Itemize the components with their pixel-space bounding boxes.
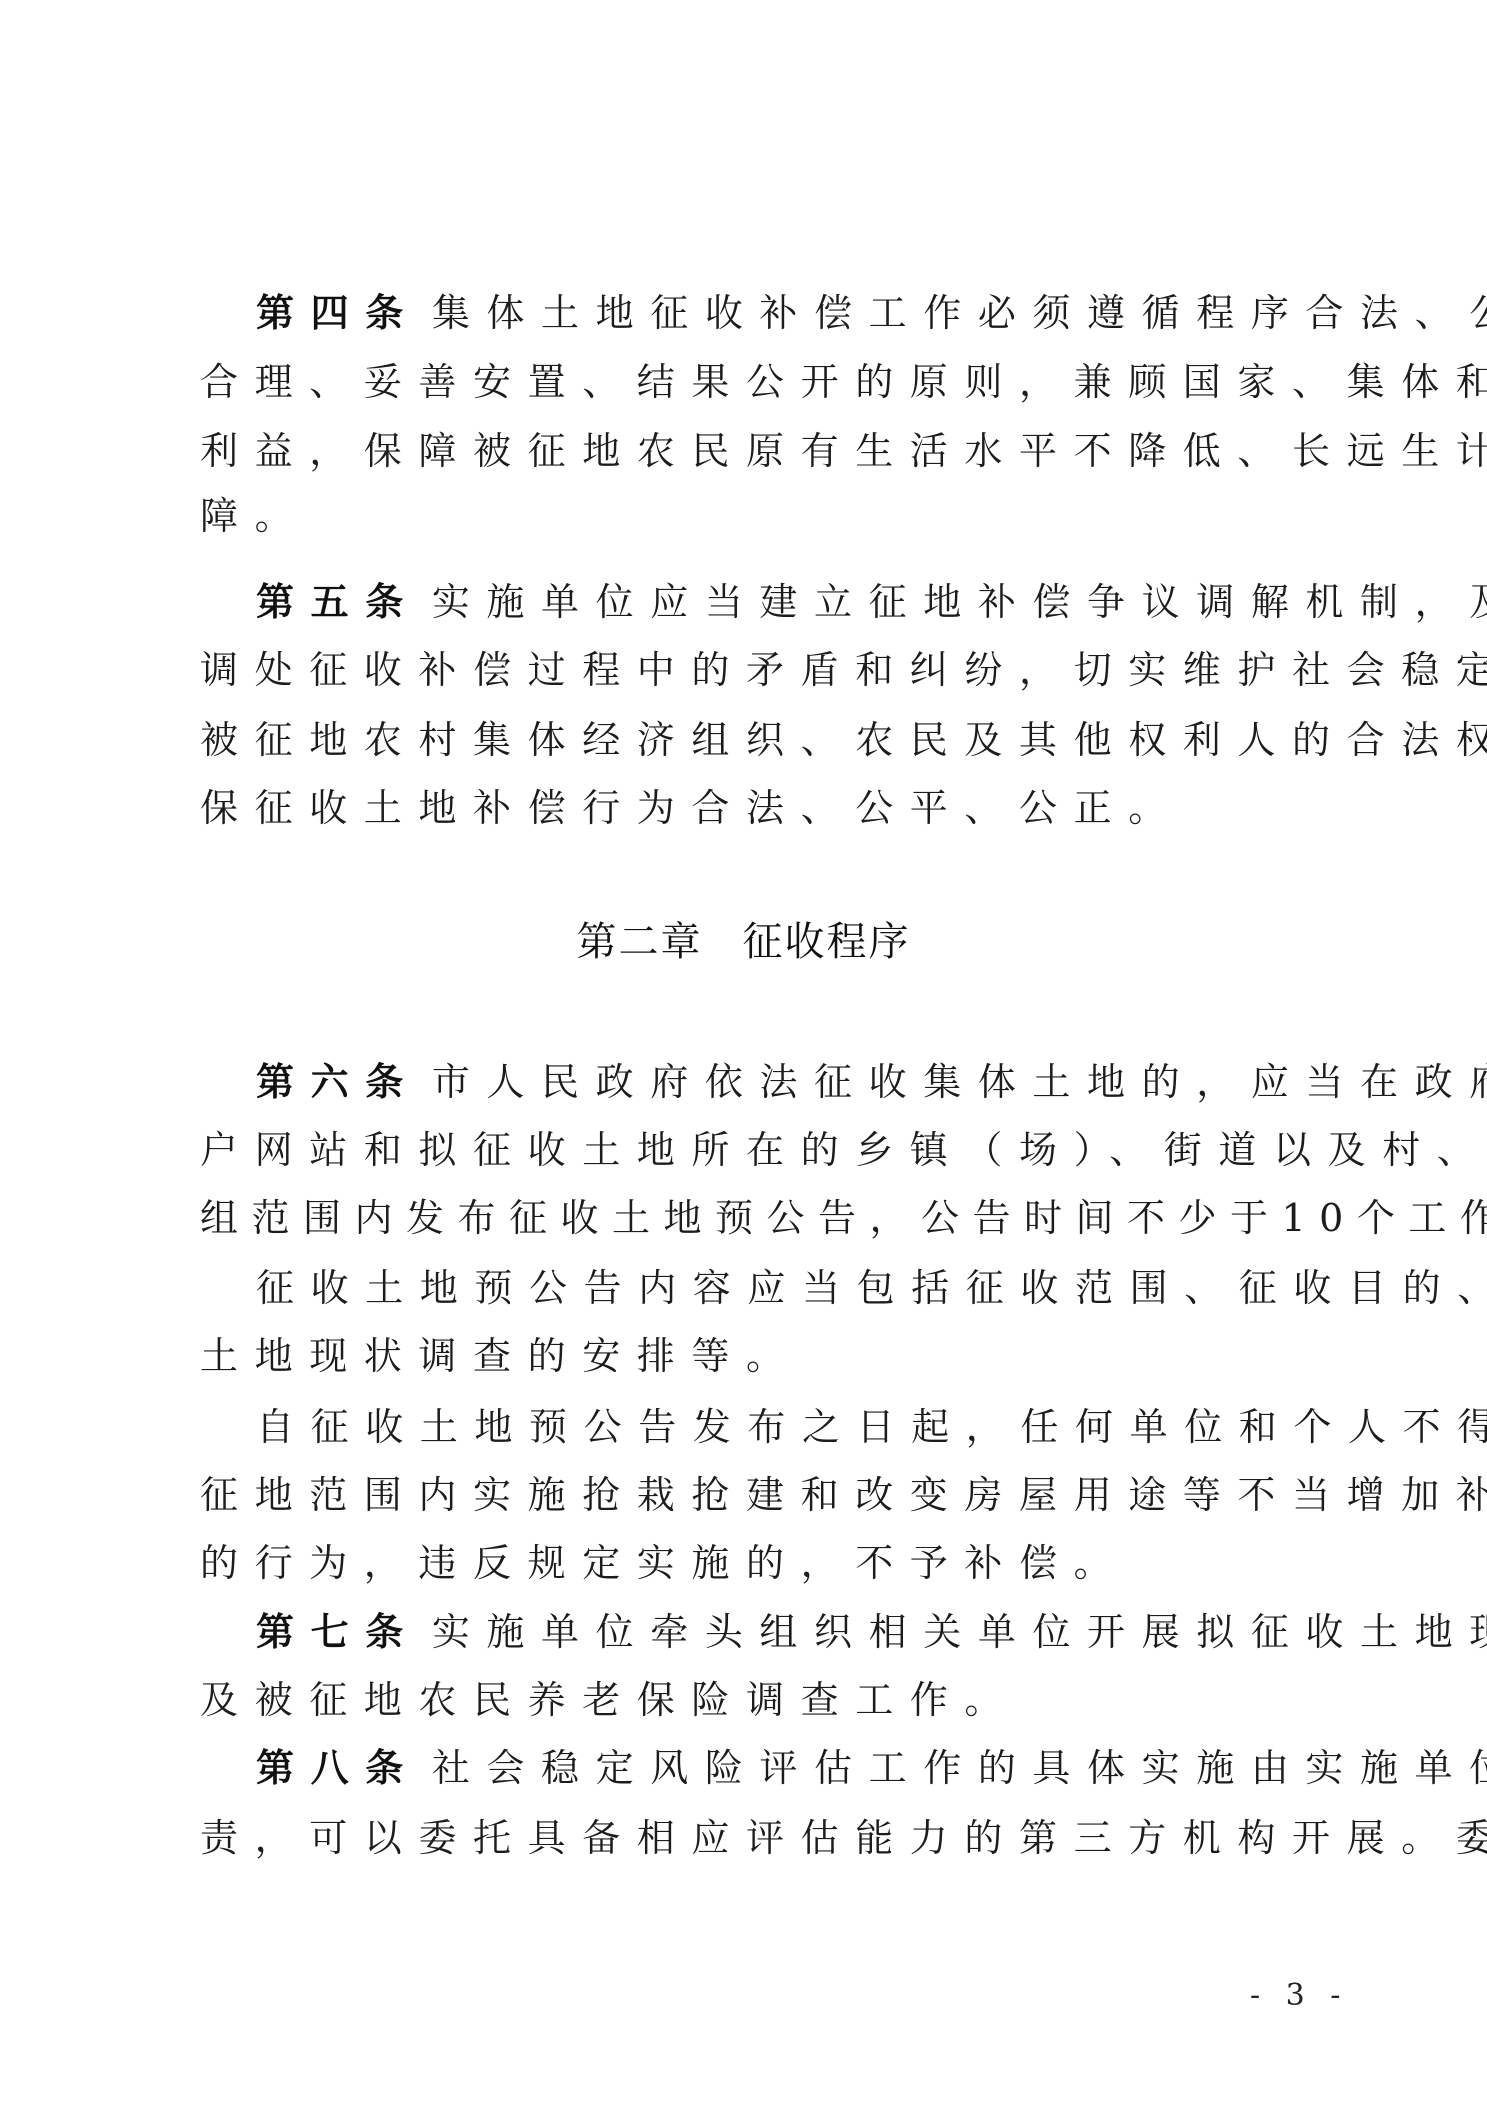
article-5-line-3: 被征地农村集体经济组织、农民及其他权利人的合法权益，确: [200, 712, 1300, 768]
chapter-title: 征收程序: [743, 919, 911, 965]
chapter-heading: 第二章征收程序: [0, 914, 1487, 970]
article-4-text: 集体土地征收补偿工作必须遵循程序合法、公平: [432, 291, 1487, 335]
article-6-para-3-line-2: 征地范围内实施抢栽抢建和改变房屋用途等不当增加补偿费用: [200, 1467, 1300, 1523]
article-6-para-3-line-3: 的行为，违反规定实施的，不予补偿。: [200, 1535, 1300, 1591]
article-5-line-1: 第五条实施单位应当建立征地补偿争议调解机制，及时: [200, 574, 1300, 630]
article-8-line-2: 责，可以委托具备相应评估能力的第三方机构开展。委托第三: [200, 1810, 1300, 1866]
article-8-line-1: 第八条社会稳定风险评估工作的具体实施由实施单位负: [200, 1740, 1300, 1796]
article-5-line-2: 调处征收补偿过程中的矛盾和纠纷，切实维护社会稳定，维护: [200, 642, 1300, 698]
chapter-number: 第二章: [577, 919, 703, 965]
article-5-text: 实施单位应当建立征地补偿争议调解机制，及时: [432, 580, 1487, 624]
article-5-line-4: 保征收土地补偿行为合法、公平、公正。: [200, 780, 1300, 836]
article-4-line-4: 障。: [200, 488, 1300, 544]
paragraph-text: 自征收土地预公告发布之日起，任何单位和个人不得在拟: [256, 1405, 1487, 1449]
article-4-label: 第四条: [256, 291, 420, 335]
article-6-line-1: 第六条市人民政府依法征收集体土地的，应当在政府门: [200, 1054, 1300, 1110]
page-number: - 3 -: [1250, 1978, 1348, 2013]
article-8-label: 第八条: [256, 1746, 420, 1790]
article-4-line-3: 利益，保障被征地农民原有生活水平不降低、长远生计有保: [200, 423, 1300, 479]
article-5-label: 第五条: [256, 580, 420, 624]
article-7-line-2: 及被征地农民养老保险调查工作。: [200, 1672, 1300, 1728]
article-4-line-2: 合理、妥善安置、结果公开的原则，兼顾国家、集体和个人的: [200, 354, 1300, 410]
article-7-text: 实施单位牵头组织相关单位开展拟征收土地现状: [432, 1610, 1487, 1654]
article-4-line-1: 第四条集体土地征收补偿工作必须遵循程序合法、公平: [200, 285, 1300, 341]
article-7-label: 第七条: [256, 1610, 420, 1654]
article-6-line-3: 组范围内发布征收土地预公告，公告时间不少于10个工作日。: [200, 1190, 1300, 1246]
document-page: 第四条集体土地征收补偿工作必须遵循程序合法、公平 合理、妥善安置、结果公开的原则…: [0, 0, 1487, 2102]
article-6-para-2-line-1: 征收土地预公告内容应当包括征收范围、征收目的、开展: [200, 1260, 1300, 1316]
article-6-text: 市人民政府依法征收集体土地的，应当在政府门: [432, 1060, 1487, 1104]
article-6-para-2-line-2: 土地现状调查的安排等。: [200, 1328, 1300, 1384]
article-6-line-2: 户网站和拟征收土地所在的乡镇（场）、街道以及村、村民小: [200, 1122, 1300, 1178]
paragraph-text: 征收土地预公告内容应当包括征收范围、征收目的、开展: [256, 1266, 1487, 1310]
article-6-label: 第六条: [256, 1060, 420, 1104]
article-6-para-3-line-1: 自征收土地预公告发布之日起，任何单位和个人不得在拟: [200, 1399, 1300, 1455]
article-7-line-1: 第七条实施单位牵头组织相关单位开展拟征收土地现状: [200, 1604, 1300, 1660]
article-8-text: 社会稳定风险评估工作的具体实施由实施单位负: [432, 1746, 1487, 1790]
